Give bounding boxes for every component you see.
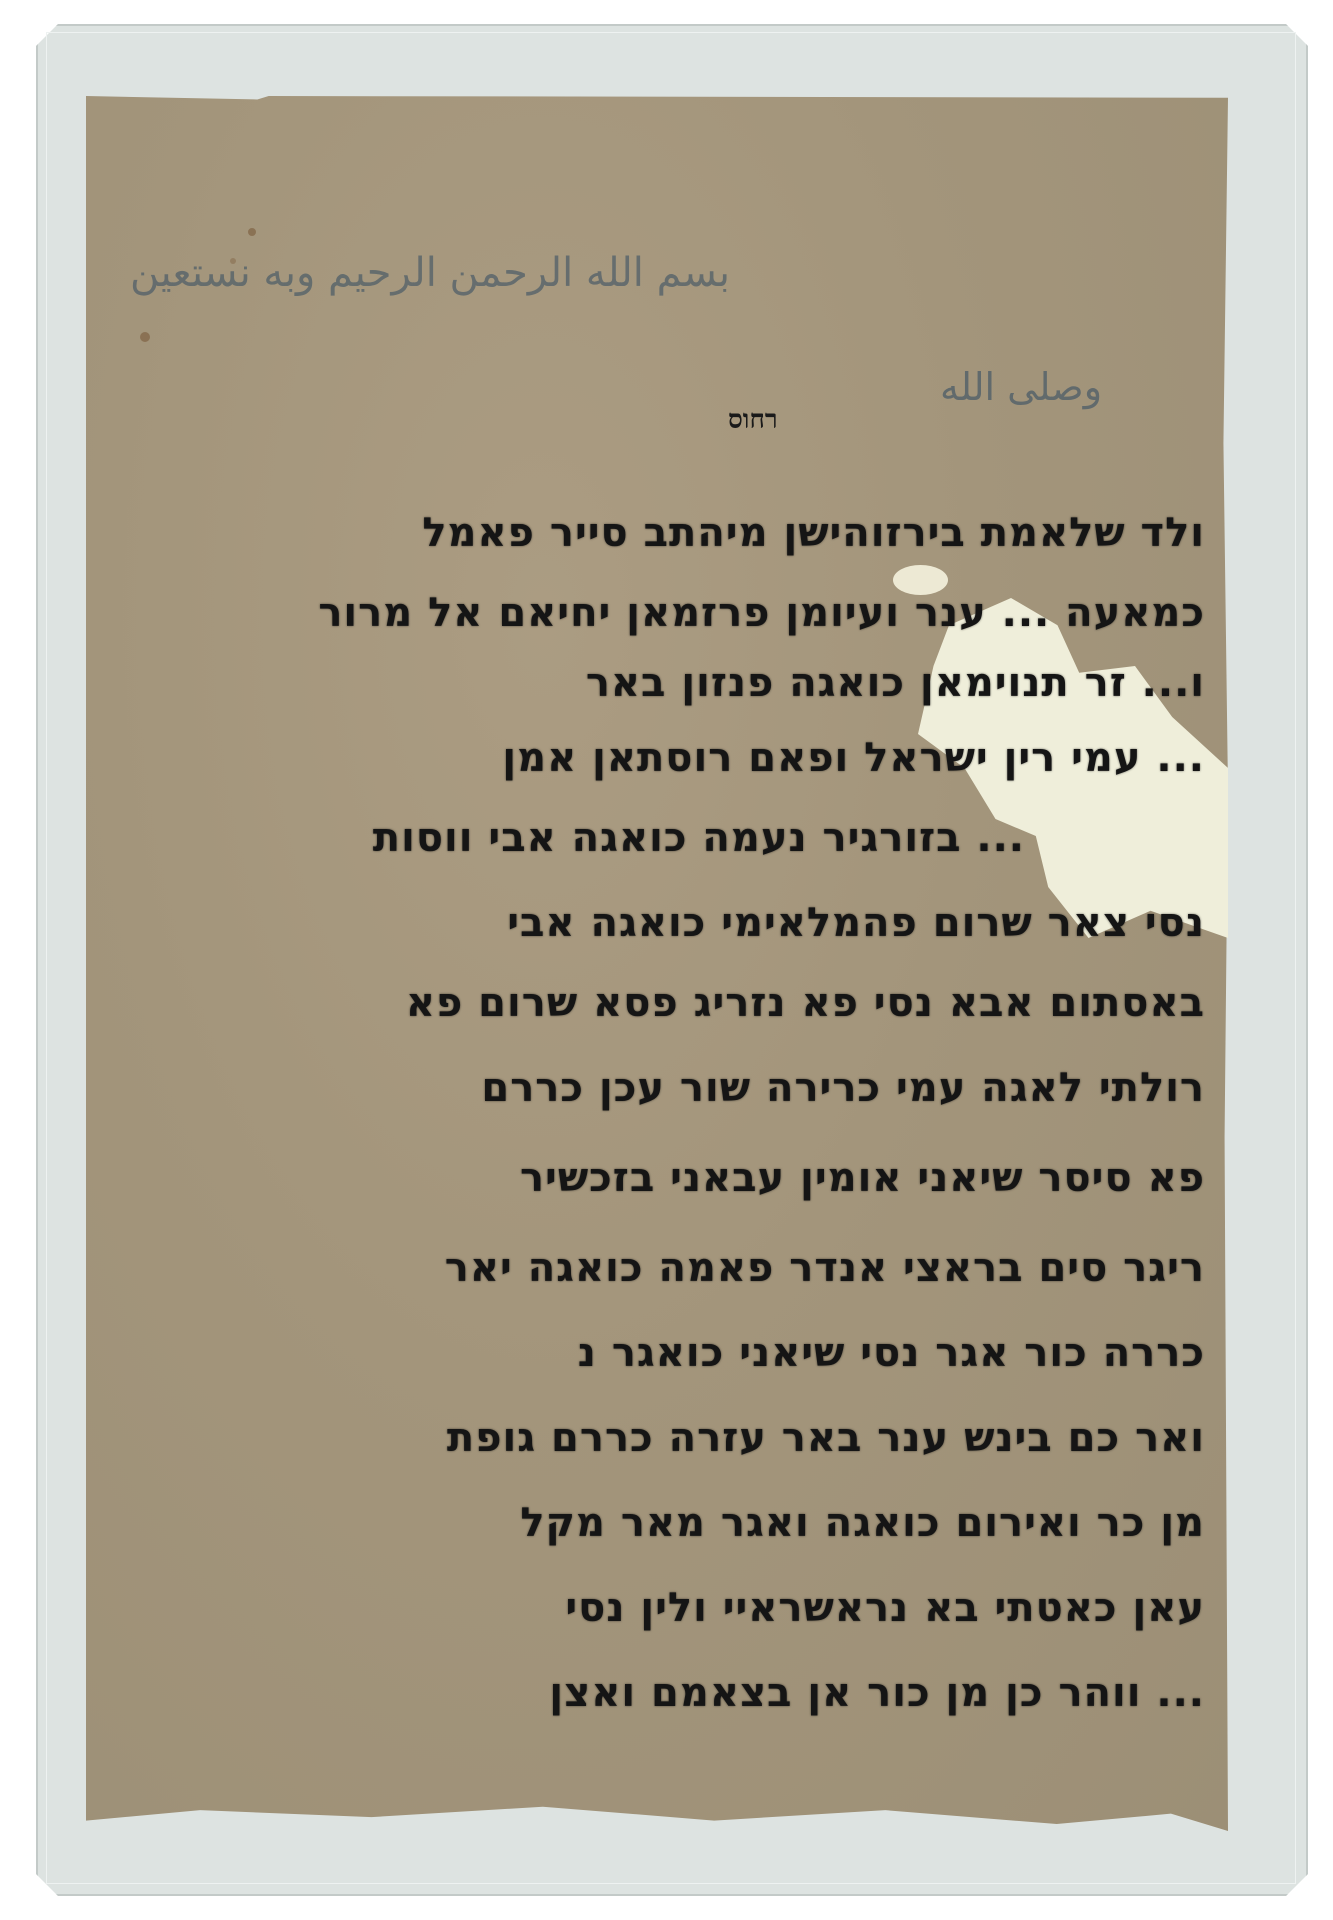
text-line-1: ולד שלאמת בירזוהישן מיהתב סייר פאמל: [422, 510, 1205, 556]
stain-spot: [140, 332, 150, 342]
text-line-15: ... ווהר כן מן כור אן בצאמם ואצן: [549, 1670, 1205, 1716]
manuscript-paper: [86, 96, 1228, 1831]
arabic-header-line-2: وصلى الله: [940, 365, 1102, 409]
text-line-2: כמאעה ... ענר ועיומן פרזמאן יחיאם אל מרו…: [318, 590, 1205, 636]
text-line-5: ... בזורגיר נעמה כואגה אבי ווסות: [373, 815, 1025, 861]
stain-spot: [248, 228, 256, 236]
text-line-3: ו... זר תנוימאן כואגה פנזון באר: [586, 660, 1205, 706]
text-line-11: כררה כור אגר נסי שיאני כואגר נ: [578, 1330, 1205, 1376]
text-line-7: באסתום אבא נסי פא נזריג פסא שרום פא: [406, 980, 1205, 1026]
text-line-13: מן כר ואירום כואגה ואגר מאר מקל: [520, 1500, 1205, 1546]
text-line-10: ריגר סים בראצי אנדר פאמה כואגה יאר: [445, 1245, 1205, 1291]
text-line-12: ואר כם בינש ענר באר עזרה כררם גופת: [447, 1415, 1205, 1461]
text-line-4: ... עמי רין ישראל ופאם רוסתאן אמן: [502, 735, 1205, 781]
arabic-header-line-1: بسم الله الرحمن الرحيم وبه نستعين: [130, 250, 1190, 296]
text-line-8: רולתי לאגה עמי כרירה שור עכן כררם: [481, 1065, 1205, 1111]
marginal-word: רחוס: [728, 405, 778, 435]
text-line-6: נסי צאר שרום פהמלאימי כואגה אבי: [507, 900, 1205, 946]
text-line-9: פא סיסר שיאני אומין עבאני בזכשיר: [520, 1155, 1205, 1201]
text-line-14: עאן כאטתי בא נראשראיי ולין נסי: [565, 1585, 1205, 1631]
